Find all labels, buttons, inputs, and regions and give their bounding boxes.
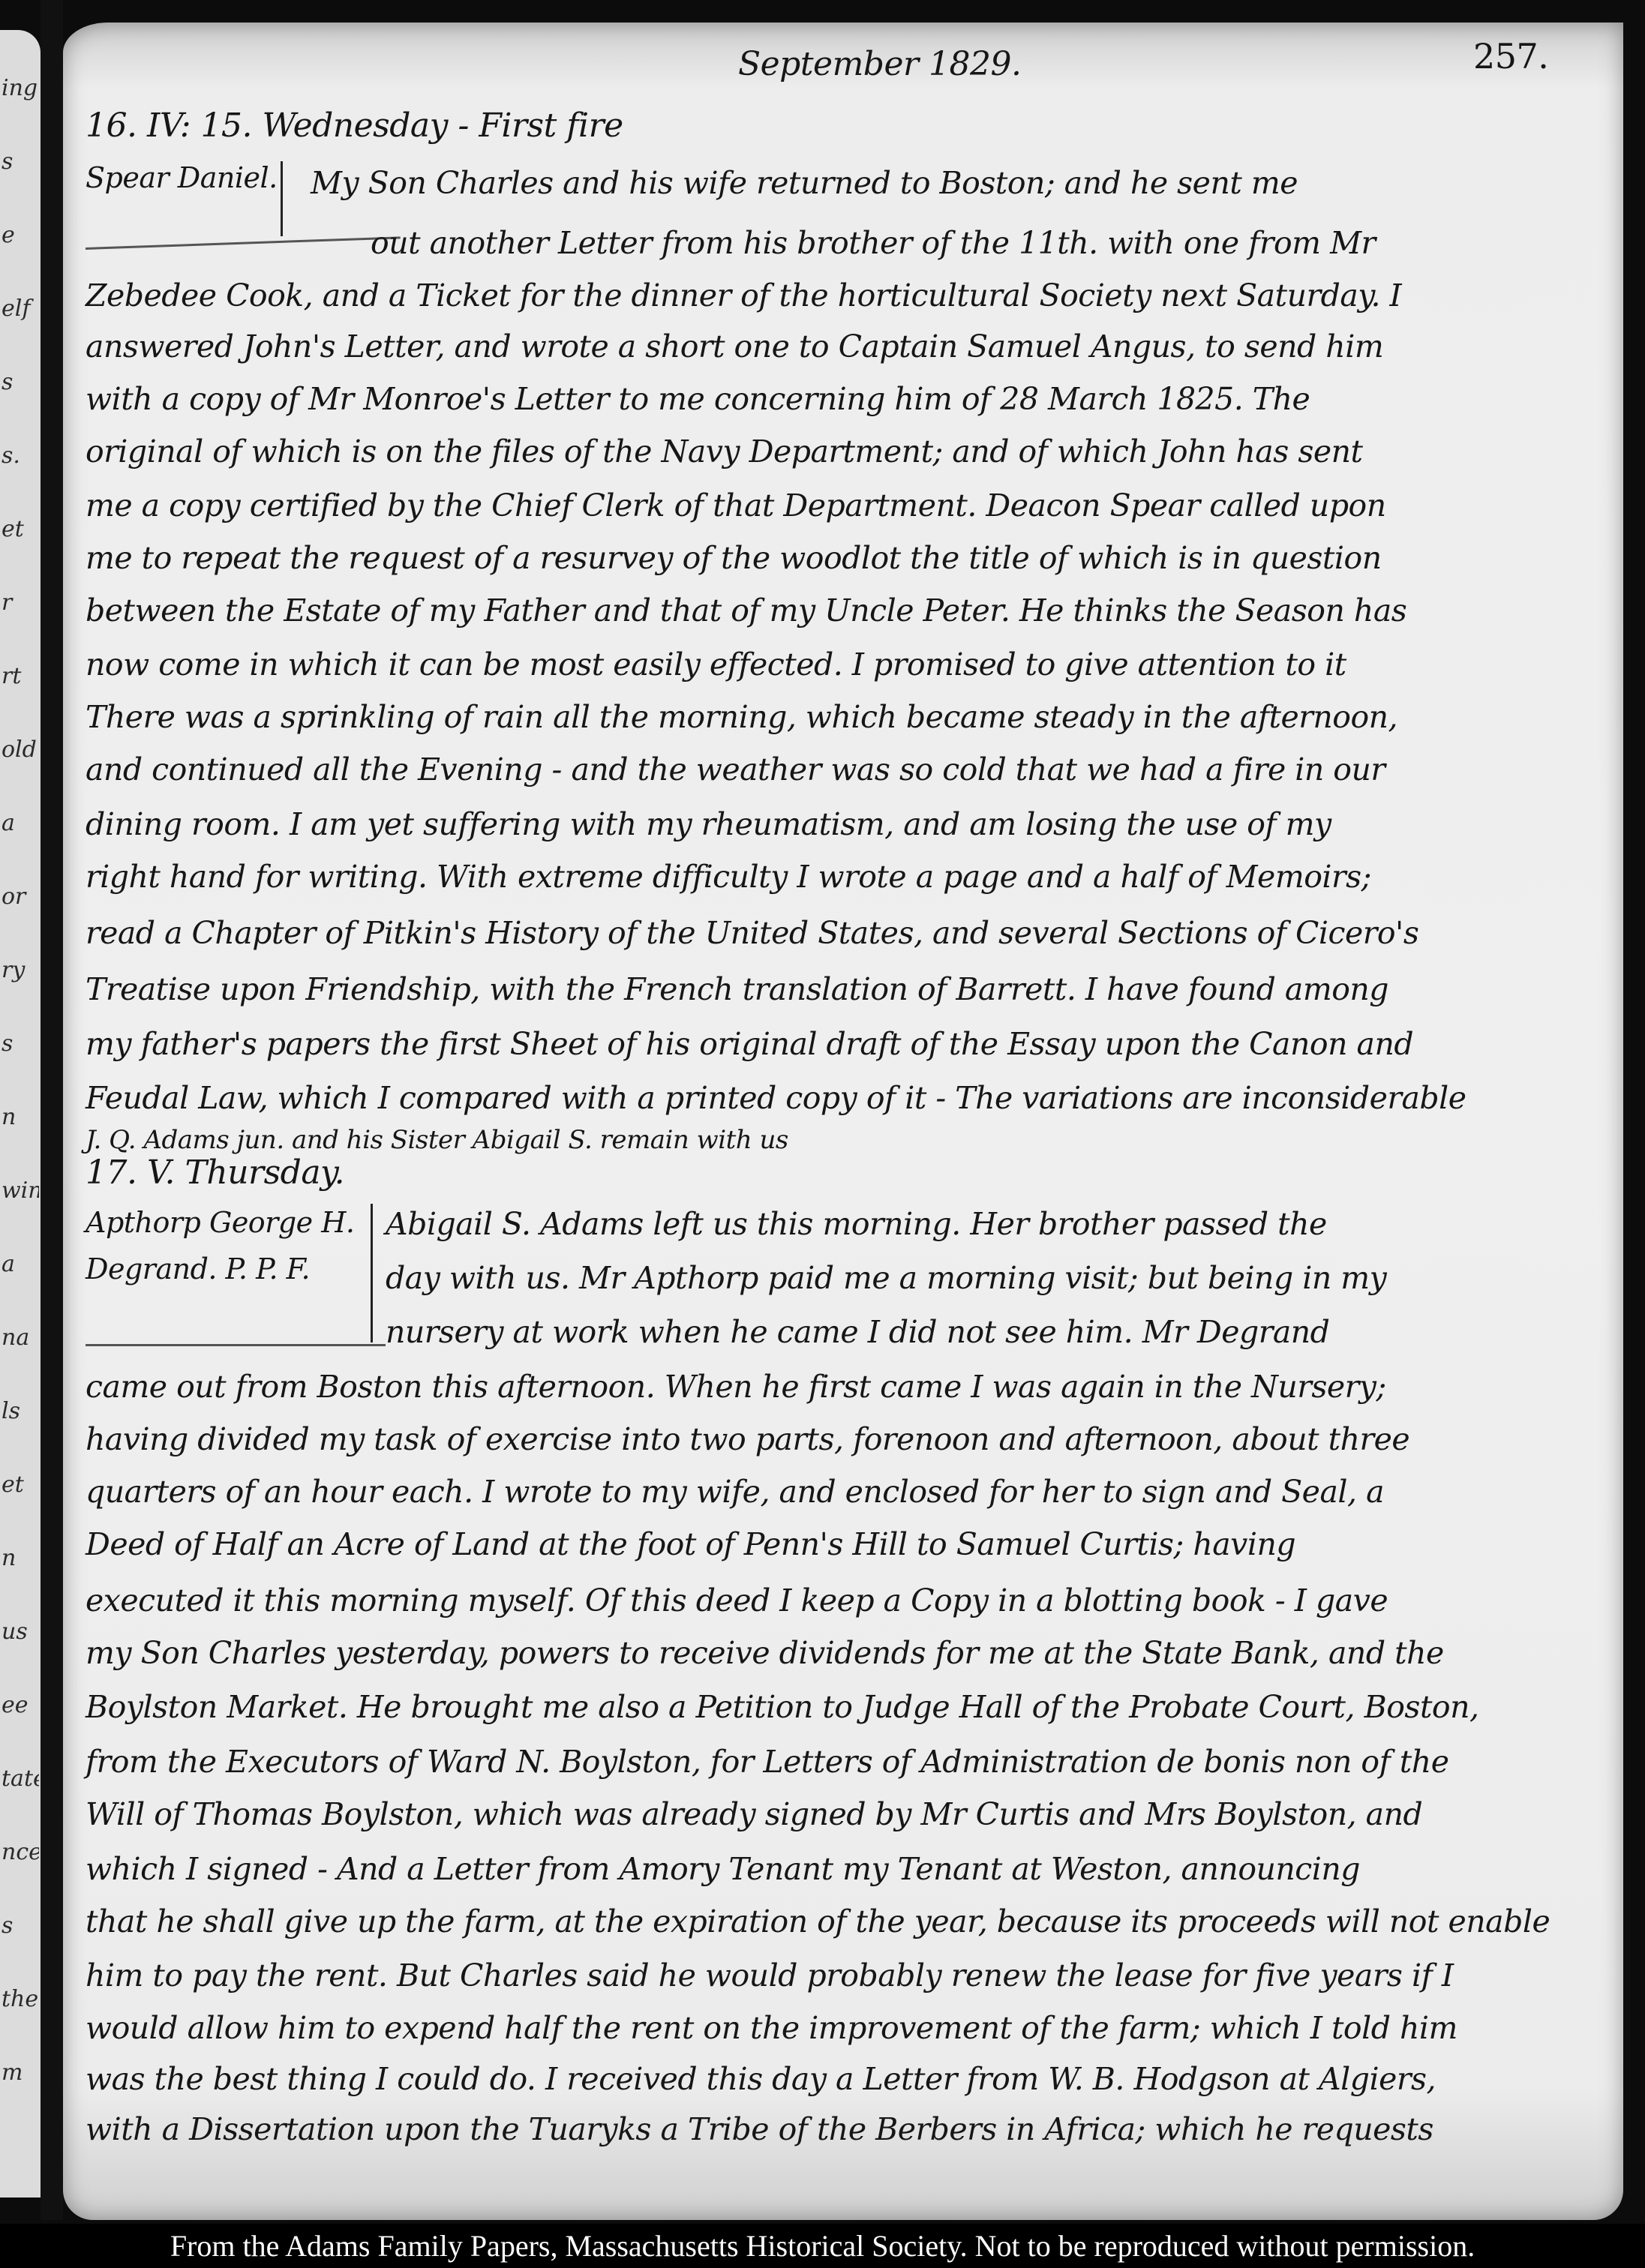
facing-page-fragment: a bbox=[2, 1251, 39, 1277]
manuscript-line: nursery at work when he came I did not s… bbox=[386, 1314, 1329, 1350]
manuscript-line: answered John's Letter, and wrote a shor… bbox=[86, 328, 1383, 364]
manuscript-line: There was a sprinkling of rain all the m… bbox=[86, 699, 1397, 735]
facing-page-fragment: old bbox=[2, 736, 39, 763]
manuscript-line: J. Q. Adams jun. and his Sister Abigail … bbox=[86, 1125, 788, 1155]
entry-date-heading: 17. V. Thursday. bbox=[86, 1153, 344, 1192]
manuscript-line: and continued all the Evening - and the … bbox=[86, 751, 1385, 787]
entry-date-heading: 16. IV: 15. Wednesday - First fire bbox=[86, 106, 623, 145]
manuscript-line: out another Letter from his brother of t… bbox=[371, 225, 1376, 261]
facing-page-fragment: s bbox=[2, 1912, 39, 1939]
manuscript-line: Abigail S. Adams left us this morning. H… bbox=[386, 1206, 1327, 1242]
manuscript-line: me a copy certified by the Chief Clerk o… bbox=[86, 487, 1386, 523]
facing-page-fragment: ry bbox=[2, 957, 39, 983]
facing-page-fragment: r bbox=[2, 589, 39, 616]
manuscript-line: day with us. Mr Apthorp paid me a mornin… bbox=[386, 1260, 1386, 1296]
manuscript-line: dining room. I am yet suffering with my … bbox=[86, 806, 1331, 842]
manuscript-line: with a copy of Mr Monroe's Letter to me … bbox=[86, 381, 1310, 417]
manuscript-line: Feudal Law, which I compared with a prin… bbox=[86, 1080, 1466, 1116]
manuscript-line: him to pay the rent. But Charles said he… bbox=[86, 1957, 1454, 1993]
facing-page-fragment: s bbox=[2, 369, 39, 395]
margin-brace bbox=[281, 161, 283, 236]
manuscript-page: September 1829. 257. 16. IV: 15. Wednesd… bbox=[63, 22, 1623, 2220]
facing-page-fragment: n bbox=[2, 1104, 39, 1130]
facing-page-fragment: et bbox=[2, 516, 39, 542]
facing-page-fragment: s. bbox=[2, 442, 39, 469]
facing-page-fragment: ing bbox=[2, 75, 39, 101]
manuscript-line: would allow him to expend half the rent … bbox=[86, 2010, 1457, 2046]
facing-page-fragment: et bbox=[2, 1471, 39, 1498]
manuscript-line: original of which is on the files of the… bbox=[86, 433, 1363, 469]
manuscript-line: Deed of Half an Acre of Land at the foot… bbox=[86, 1526, 1295, 1562]
facing-page-fragment: n bbox=[2, 1545, 39, 1571]
manuscript-line: right hand for writing. With extreme dif… bbox=[86, 859, 1371, 895]
manuscript-line: My Son Charles and his wife returned to … bbox=[311, 165, 1298, 201]
manuscript-line: from the Executors of Ward N. Boylston, … bbox=[86, 1744, 1448, 1780]
facing-page-fragment: a bbox=[2, 810, 39, 836]
facing-page-fragment: rt bbox=[2, 663, 39, 689]
manuscript-line: having divided my task of exercise into … bbox=[86, 1421, 1409, 1457]
page-header-date: September 1829. bbox=[738, 45, 1021, 83]
manuscript-line: Zebedee Cook, and a Ticket for the dinne… bbox=[86, 277, 1401, 313]
manuscript-line: Treatise upon Friendship, with the Frenc… bbox=[86, 971, 1388, 1007]
margin-index-name: Apthorp George H. bbox=[86, 1206, 354, 1239]
facing-page-fragment: na bbox=[2, 1324, 39, 1351]
manuscript-line: my Son Charles yesterday, powers to rece… bbox=[86, 1635, 1444, 1671]
facing-page-fragment: us bbox=[2, 1618, 39, 1645]
margin-index-name: Degrand. P. P. F. bbox=[86, 1252, 310, 1285]
facing-page-fragment: or bbox=[2, 883, 39, 910]
facing-page-fragment: elf bbox=[2, 295, 39, 322]
manuscript-line: with a Dissertation upon the Tuaryks a T… bbox=[86, 2111, 1433, 2147]
manuscript-line: Will of Thomas Boylston, which was alrea… bbox=[86, 1796, 1422, 1832]
facing-page-fragment: wing bbox=[2, 1177, 39, 1204]
facing-page-fragment: e bbox=[2, 222, 39, 248]
manuscript-line: my father's papers the first Sheet of hi… bbox=[86, 1026, 1413, 1062]
manuscript-line: came out from Boston this afternoon. Whe… bbox=[86, 1369, 1386, 1405]
margin-rule bbox=[86, 236, 401, 250]
page-number: 257. bbox=[1473, 36, 1548, 76]
manuscript-line: between the Estate of my Father and that… bbox=[86, 592, 1406, 628]
manuscript-line: Boylston Market. He brought me also a Pe… bbox=[86, 1689, 1479, 1725]
facing-page-fragment: tate bbox=[2, 1765, 39, 1792]
facing-page-edge: ingseelfss.etrrtoldaorrysnwinganalsetnus… bbox=[0, 30, 41, 2197]
book-gutter bbox=[41, 0, 63, 2220]
manuscript-line: quarters of an hour each. I wrote to my … bbox=[86, 1474, 1384, 1510]
facing-page-fragment: ee bbox=[2, 1692, 39, 1718]
facing-page-fragment: m bbox=[2, 2059, 39, 2086]
facing-page-fragment: nces bbox=[2, 1839, 39, 1865]
facing-page-fragment: the bbox=[2, 1986, 39, 2012]
manuscript-line: which I signed - And a Letter from Amory… bbox=[86, 1851, 1360, 1887]
manuscript-line: me to repeat the request of a resurvey o… bbox=[86, 540, 1382, 576]
facing-page-fragment: ls bbox=[2, 1398, 39, 1424]
margin-rule bbox=[86, 1344, 386, 1346]
manuscript-line: was the best thing I could do. I receive… bbox=[86, 2061, 1436, 2097]
facing-page-fragment: s bbox=[2, 148, 39, 175]
margin-brace bbox=[371, 1204, 373, 1342]
margin-index-name: Spear Daniel. bbox=[86, 161, 278, 194]
manuscript-line: executed it this morning myself. Of this… bbox=[86, 1582, 1388, 1618]
manuscript-line: read a Chapter of Pitkin's History of th… bbox=[86, 915, 1418, 951]
facing-page-fragment: s bbox=[2, 1030, 39, 1057]
manuscript-line: now come in which it can be most easily … bbox=[86, 646, 1346, 682]
copyright-footer: From the Adams Family Papers, Massachuse… bbox=[0, 2224, 1645, 2268]
manuscript-line: that he shall give up the farm, at the e… bbox=[86, 1903, 1550, 1939]
